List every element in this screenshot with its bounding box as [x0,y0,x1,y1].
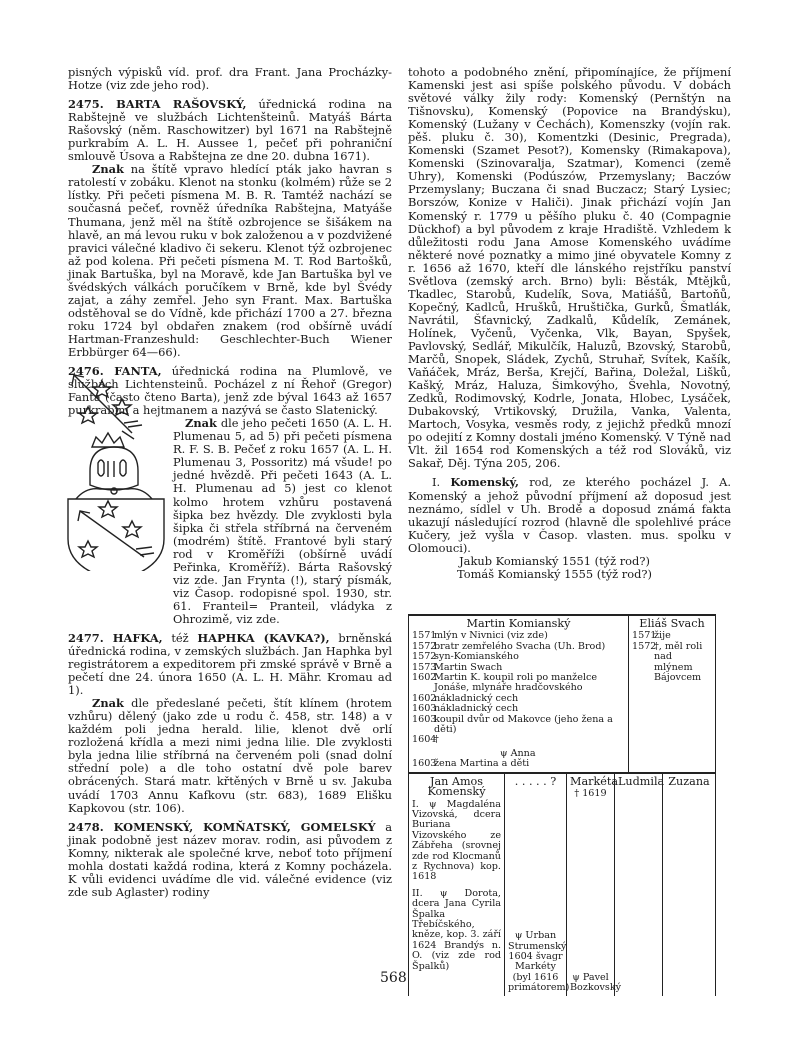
entry-2475: 2475. BARTA RAŠOVSKÝ, úřednická rodina n… [68,98,392,163]
genealogy-row-children: Jan Amos Komenský I. ψ Magdaléna Vizovsk… [408,774,716,996]
genealogy-row-parents: Martin Komianský 1571mlýn v Nivnici (viz… [408,614,716,774]
ancestor-line: Jakub Komianský 1551 (týž rod?) [378,555,731,568]
entry-2478: 2478. KOMENSKÝ, KOMŇATSKÝ, GOMELSKÝ a ji… [68,821,392,899]
cell-unknown-sister: . . . . . ? ψ Urban Strumenský 1604 švag… [504,774,566,996]
entry-2475-arms: Znak na štítě vpravo hledící pták jako h… [68,163,392,359]
entry-heading: 2478. KOMENSKÝ, KOMŇATSKÝ, GOMELSKÝ [68,820,376,834]
right-column: tohoto a podobného znění, připomínajíce,… [408,66,731,581]
entry-2477-arms: Znak dle předeslané pečeti, štít klínem … [68,697,392,814]
cell-jan-amos: Jan Amos Komenský I. ψ Magdaléna Vizovsk… [408,774,504,996]
coat-of-arms-icon [62,371,172,571]
continuation-text: pisných výpisků víd. prof. dra Frant. Ja… [68,66,392,92]
cell-zuzana: Zuzana [662,774,716,996]
entry-2476: 2476. FANTA, úřednická rodina na Plumlov… [68,365,392,626]
ancestor-line: Tomáš Komianský 1555 (týž rod?) [378,568,731,581]
cell-ludmila: Ludmila [614,774,662,996]
section-komensky: I. Komenský, rod, ze kterého pocházel J.… [408,476,731,554]
cell-elias: Eliáš Svach 1571žije 1572†, měl roli nad… [628,616,716,772]
genealogy-table: Martin Komianský 1571mlýn v Nivnici (viz… [408,614,716,996]
page-number: 568 [380,970,407,986]
entry-heading: 2477. HAFKA, [68,631,163,645]
continuation-text: tohoto a podobného znění, připomínajíce,… [408,66,731,470]
cell-marketa: Markéta † 1619 ψ Pavel Bozkovský [566,774,614,996]
entry-2476-arms: Znak dle jeho pečeti 1650 (A. L. H. Plum… [173,417,392,626]
cell-martin: Martin Komianský 1571mlýn v Nivnici (viz… [408,616,628,772]
entry-2477: 2477. HAFKA, též HAPHKA (KAVKA?), brněns… [68,632,392,697]
left-column: pisných výpisků víd. prof. dra Frant. Ja… [68,66,392,899]
entry-heading: 2475. BARTA RAŠOVSKÝ, [68,97,246,111]
